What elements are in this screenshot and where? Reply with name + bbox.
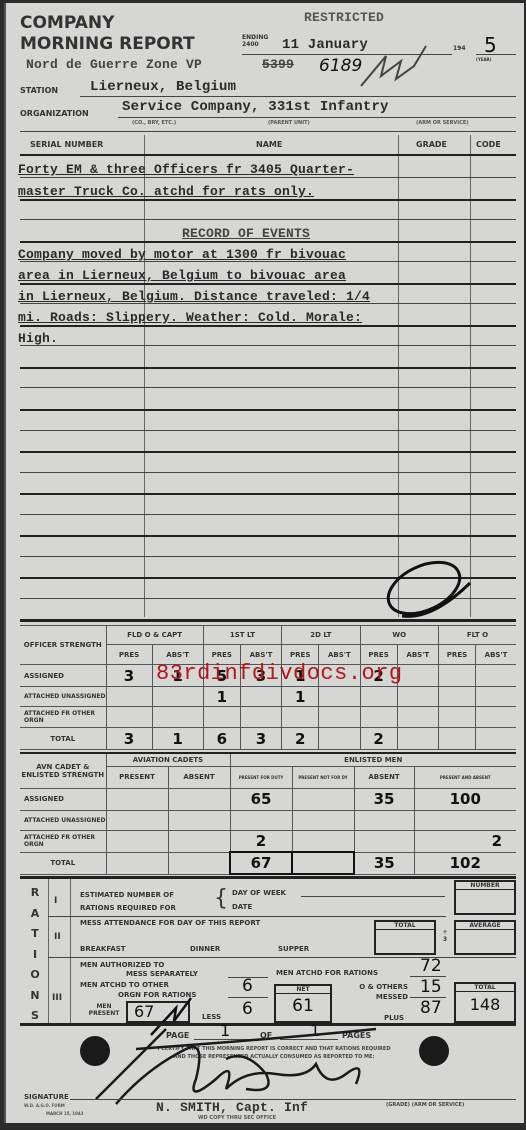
subcol-pres: PRES bbox=[106, 645, 152, 665]
handwritten-q-mark-icon bbox=[382, 558, 474, 628]
cell: 1 bbox=[282, 687, 319, 707]
events-line: mi. Roads: Slippery. Weather: Cold. Mora… bbox=[18, 310, 362, 325]
col-present-not-for-duty: PRESENT NOT FOR DY bbox=[292, 766, 354, 788]
group-fld-o-capt: FLD O & CAPT bbox=[106, 626, 203, 645]
cell bbox=[230, 810, 292, 830]
atchd-other-line bbox=[228, 997, 268, 998]
subcol-abst: ABS'T bbox=[476, 645, 516, 665]
table-row: ATTACHED UNASSIGNED 1 1 bbox=[20, 687, 516, 707]
rations-total-box: TOTAL 148 bbox=[454, 982, 516, 1023]
authorized-label-1: MEN AUTHORIZED TO bbox=[80, 961, 164, 969]
cell: 3 bbox=[106, 665, 152, 687]
group-flt-o: FLT O bbox=[438, 626, 516, 645]
day-of-week-line bbox=[301, 896, 445, 897]
cell: 65 bbox=[230, 788, 292, 810]
col-absent: ABSENT bbox=[168, 766, 230, 788]
day-of-week-label: DAY OF WEEK bbox=[232, 889, 286, 897]
others-messed-value: 15 bbox=[420, 977, 442, 997]
row-label: ATTACHED UNASSIGNED bbox=[20, 687, 106, 707]
year-underline bbox=[476, 54, 516, 55]
men-present-label: MEN PRESENT bbox=[88, 1003, 120, 1017]
subcol-abst: ABS'T bbox=[397, 645, 438, 665]
column-divider bbox=[398, 135, 399, 617]
mess-attendance-label: MESS ATTENDANCE FOR DAY OF THIS REPORT bbox=[80, 919, 260, 927]
cell: 2 bbox=[414, 830, 516, 852]
grade-caption: (GRADE) (ARM OR SERVICE) bbox=[386, 1102, 464, 1108]
cell: 3 bbox=[106, 728, 152, 750]
col-present: PRESENT bbox=[106, 766, 168, 788]
meal-dinner: DINNER bbox=[190, 945, 220, 953]
ending-label: ENDING2400 bbox=[242, 34, 268, 48]
enlisted-strength-table: AVN CADET & ENLISTED STRENGTH AVIATION C… bbox=[20, 752, 516, 875]
cell bbox=[168, 788, 230, 810]
plus-value: 87 bbox=[420, 998, 442, 1018]
cell bbox=[106, 687, 152, 707]
cell: 2 bbox=[360, 728, 397, 750]
events-line: area in Lierneux, Belgium to bivouac are… bbox=[18, 268, 346, 283]
rations-total-label: TOTAL bbox=[456, 984, 514, 992]
row-label: ATTACHED UNASSIGNED bbox=[20, 810, 106, 830]
rations-top-border bbox=[20, 876, 516, 879]
cell bbox=[354, 830, 414, 852]
others-messed-label: O & OTHERSMESSED bbox=[348, 982, 408, 1002]
events-heading: RECORD OF EVENTS bbox=[182, 226, 310, 241]
section-iii-numeral: III bbox=[52, 993, 62, 1003]
cell-total-present-for-duty: 67 bbox=[230, 852, 292, 874]
col-code: CODE bbox=[476, 140, 501, 149]
col-grade: GRADE bbox=[416, 140, 447, 149]
cell bbox=[360, 687, 397, 707]
less-value: 6 bbox=[242, 999, 253, 1019]
form-title-line2: MORNING REPORT bbox=[20, 34, 195, 54]
rations-side-label: RATIONS bbox=[28, 883, 42, 1027]
morning-report-form: COMPANY MORNING REPORT RESTRICTED ENDING… bbox=[4, 3, 524, 1123]
average-label: AVERAGE bbox=[456, 922, 514, 930]
table-row: ATTACHED UNASSIGNED bbox=[20, 810, 516, 830]
rations-total-value: 148 bbox=[456, 992, 514, 1018]
cell bbox=[203, 707, 240, 728]
org-caption-unit: (CO., BRY, ETC.) bbox=[132, 120, 176, 126]
enlisted-strength-label: AVN CADET & ENLISTED STRENGTH bbox=[20, 753, 106, 788]
group-enlisted-men: ENLISTED MEN bbox=[230, 753, 516, 766]
column-divider bbox=[470, 135, 471, 617]
cell bbox=[240, 687, 281, 707]
signature-label: SIGNATURE bbox=[24, 1093, 69, 1101]
cell bbox=[360, 707, 397, 728]
cell bbox=[106, 707, 152, 728]
section-divider bbox=[48, 916, 446, 917]
cell bbox=[438, 665, 475, 687]
cell: 1 bbox=[152, 728, 203, 750]
atchd-other-value: 6 bbox=[242, 976, 253, 996]
cell: 35 bbox=[354, 852, 414, 874]
year-prefix: 194 bbox=[453, 45, 466, 52]
cell bbox=[282, 707, 319, 728]
row-label: TOTAL bbox=[20, 852, 106, 874]
row-label: TOTAL bbox=[20, 728, 106, 750]
group-2d-lt: 2D LT bbox=[282, 626, 360, 645]
struck-number: 5399 bbox=[262, 57, 294, 72]
form-date: MARCH 15, 1943 bbox=[46, 1111, 83, 1116]
average-box: AVERAGE bbox=[454, 920, 516, 955]
date-label: DATE bbox=[232, 903, 252, 911]
cell: 1 bbox=[203, 687, 240, 707]
cell bbox=[476, 665, 516, 687]
cell bbox=[319, 687, 360, 707]
cell bbox=[397, 665, 438, 687]
cell bbox=[106, 830, 168, 852]
classification-stamp: RESTRICTED bbox=[304, 10, 384, 25]
subcol-pres: PRES bbox=[438, 645, 475, 665]
col-name: NAME bbox=[256, 140, 282, 149]
group-1st-lt: 1ST LT bbox=[203, 626, 281, 645]
meal-supper: SUPPER bbox=[278, 945, 309, 953]
cell bbox=[106, 788, 168, 810]
cell: 35 bbox=[354, 788, 414, 810]
cell: 2 bbox=[230, 830, 292, 852]
organization-value: Service Company, 331st Infantry bbox=[122, 99, 389, 115]
cell: 2 bbox=[282, 728, 319, 750]
org-caption-arm: (ARM OR SERVICE) bbox=[416, 120, 469, 126]
number-box-label: NUMBER bbox=[456, 882, 514, 890]
form-id: W.D. A.G.O. FORM bbox=[24, 1103, 65, 1108]
cell bbox=[414, 810, 516, 830]
table-row: TOTAL 67 35 102 bbox=[20, 852, 516, 874]
cell bbox=[292, 788, 354, 810]
cell bbox=[476, 687, 516, 707]
net-value: 61 bbox=[276, 994, 330, 1018]
roster-line: Forty EM & three Officers fr 3405 Quarte… bbox=[18, 162, 354, 177]
row-label: ASSIGNED bbox=[20, 788, 106, 810]
table-row: ATTACHED FR OTHER ORGN bbox=[20, 707, 516, 728]
section-i-label: ESTIMATED NUMBER OFRATIONS REQUIRED FOR bbox=[80, 889, 176, 915]
divide-by-three: ÷ 3 bbox=[440, 929, 450, 943]
cell bbox=[292, 810, 354, 830]
cell bbox=[106, 852, 168, 874]
location-line: Nord de Guerre Zone VP bbox=[26, 57, 202, 72]
roster-line: master Truck Co. atchd for rats only. bbox=[18, 184, 314, 199]
row-label: ASSIGNED bbox=[20, 665, 106, 687]
cell bbox=[292, 830, 354, 852]
atchd-for-rations-label: MEN ATCHD FOR RATIONS bbox=[276, 969, 378, 977]
net-label: NET bbox=[276, 986, 330, 994]
group-wo: WO bbox=[360, 626, 438, 645]
events-line: High. bbox=[18, 331, 58, 346]
form-title-line1: COMPANY bbox=[20, 13, 114, 33]
station-underline bbox=[80, 96, 516, 97]
table-row: TOTAL 3 1 6 3 2 2 bbox=[20, 728, 516, 750]
meal-breakfast: BREAKFAST bbox=[80, 945, 126, 953]
brace-icon: { bbox=[214, 886, 228, 912]
cell bbox=[152, 707, 203, 728]
cell bbox=[168, 852, 230, 874]
officer-strength-label: OFFICER STRENGTH bbox=[20, 626, 106, 665]
handwritten-scribble-icon bbox=[356, 41, 436, 91]
cell bbox=[168, 810, 230, 830]
watermark: 83rdinfdivdocs.org bbox=[156, 661, 403, 686]
number-box: NUMBER bbox=[454, 880, 516, 915]
events-line: in Lierneux, Belgium. Distance traveled:… bbox=[18, 289, 370, 304]
organization-label: ORGANIZATION bbox=[20, 109, 89, 118]
row-label: ATTACHED FR OTHER ORGN bbox=[20, 707, 106, 728]
cell: 6 bbox=[203, 728, 240, 750]
cell bbox=[438, 687, 475, 707]
rations-divider bbox=[48, 879, 49, 1025]
rations-divider bbox=[70, 879, 71, 1025]
cell: 102 bbox=[414, 852, 516, 874]
cell bbox=[168, 830, 230, 852]
header-divider bbox=[20, 131, 516, 132]
section-divider bbox=[48, 957, 516, 958]
table-row: ATTACHED FR OTHER ORGN 2 2 bbox=[20, 830, 516, 852]
cell bbox=[397, 687, 438, 707]
cell bbox=[319, 728, 360, 750]
cell bbox=[354, 810, 414, 830]
col-absent: ABSENT bbox=[354, 766, 414, 788]
signer-name: N. SMITH, Capt. Inf bbox=[156, 1100, 308, 1115]
cell bbox=[438, 728, 475, 750]
events-line: Company moved by motor at 1300 fr bivoua… bbox=[18, 247, 346, 262]
cell bbox=[476, 728, 516, 750]
cell bbox=[106, 810, 168, 830]
cell bbox=[438, 707, 475, 728]
net-box: NET 61 bbox=[274, 984, 332, 1023]
cell bbox=[152, 687, 203, 707]
handwritten-signature-icon bbox=[76, 1019, 396, 1109]
table-row: ASSIGNED 65 35 100 bbox=[20, 788, 516, 810]
org-caption-parent: (PARENT UNIT) bbox=[268, 120, 310, 126]
station-value: Lierneux, Belgium bbox=[90, 79, 236, 95]
group-aviation-cadets: AVIATION CADETS bbox=[106, 753, 230, 766]
cell bbox=[292, 852, 354, 874]
cell: 100 bbox=[414, 788, 516, 810]
column-divider bbox=[144, 135, 145, 617]
officer-strength-table: OFFICER STRENGTH FLD O & CAPT 1ST LT 2D … bbox=[20, 625, 516, 750]
atchd-for-rations-value: 72 bbox=[420, 956, 442, 976]
cell bbox=[240, 707, 281, 728]
mess-total-box: TOTAL bbox=[374, 920, 436, 955]
authorized-label-2: MESS SEPARATELY bbox=[126, 970, 198, 978]
col-present-for-duty: PRESENT FOR DUTY bbox=[230, 766, 292, 788]
station-label: STATION bbox=[20, 86, 58, 95]
row-label: ATTACHED FR OTHER ORGN bbox=[20, 830, 106, 852]
cell bbox=[397, 707, 438, 728]
section-i-numeral: I bbox=[54, 896, 57, 906]
col-present-and-absent: PRESENT AND ABSENT bbox=[414, 766, 516, 788]
year-caption: (YEAR) bbox=[476, 57, 491, 62]
atchd-other-label-1: MEN ATCHD TO OTHER bbox=[80, 981, 169, 989]
cell: 3 bbox=[240, 728, 281, 750]
cell bbox=[476, 707, 516, 728]
mess-total-label: TOTAL bbox=[376, 922, 434, 930]
section-ii-numeral: II bbox=[54, 932, 61, 942]
cell bbox=[319, 707, 360, 728]
punch-hole-right bbox=[419, 1036, 449, 1066]
organization-underline bbox=[118, 117, 516, 118]
cell bbox=[397, 728, 438, 750]
col-serial-number: SERIAL NUMBER bbox=[30, 140, 103, 149]
form-note: WD COPY THRU SEC OFFICE bbox=[198, 1115, 276, 1121]
